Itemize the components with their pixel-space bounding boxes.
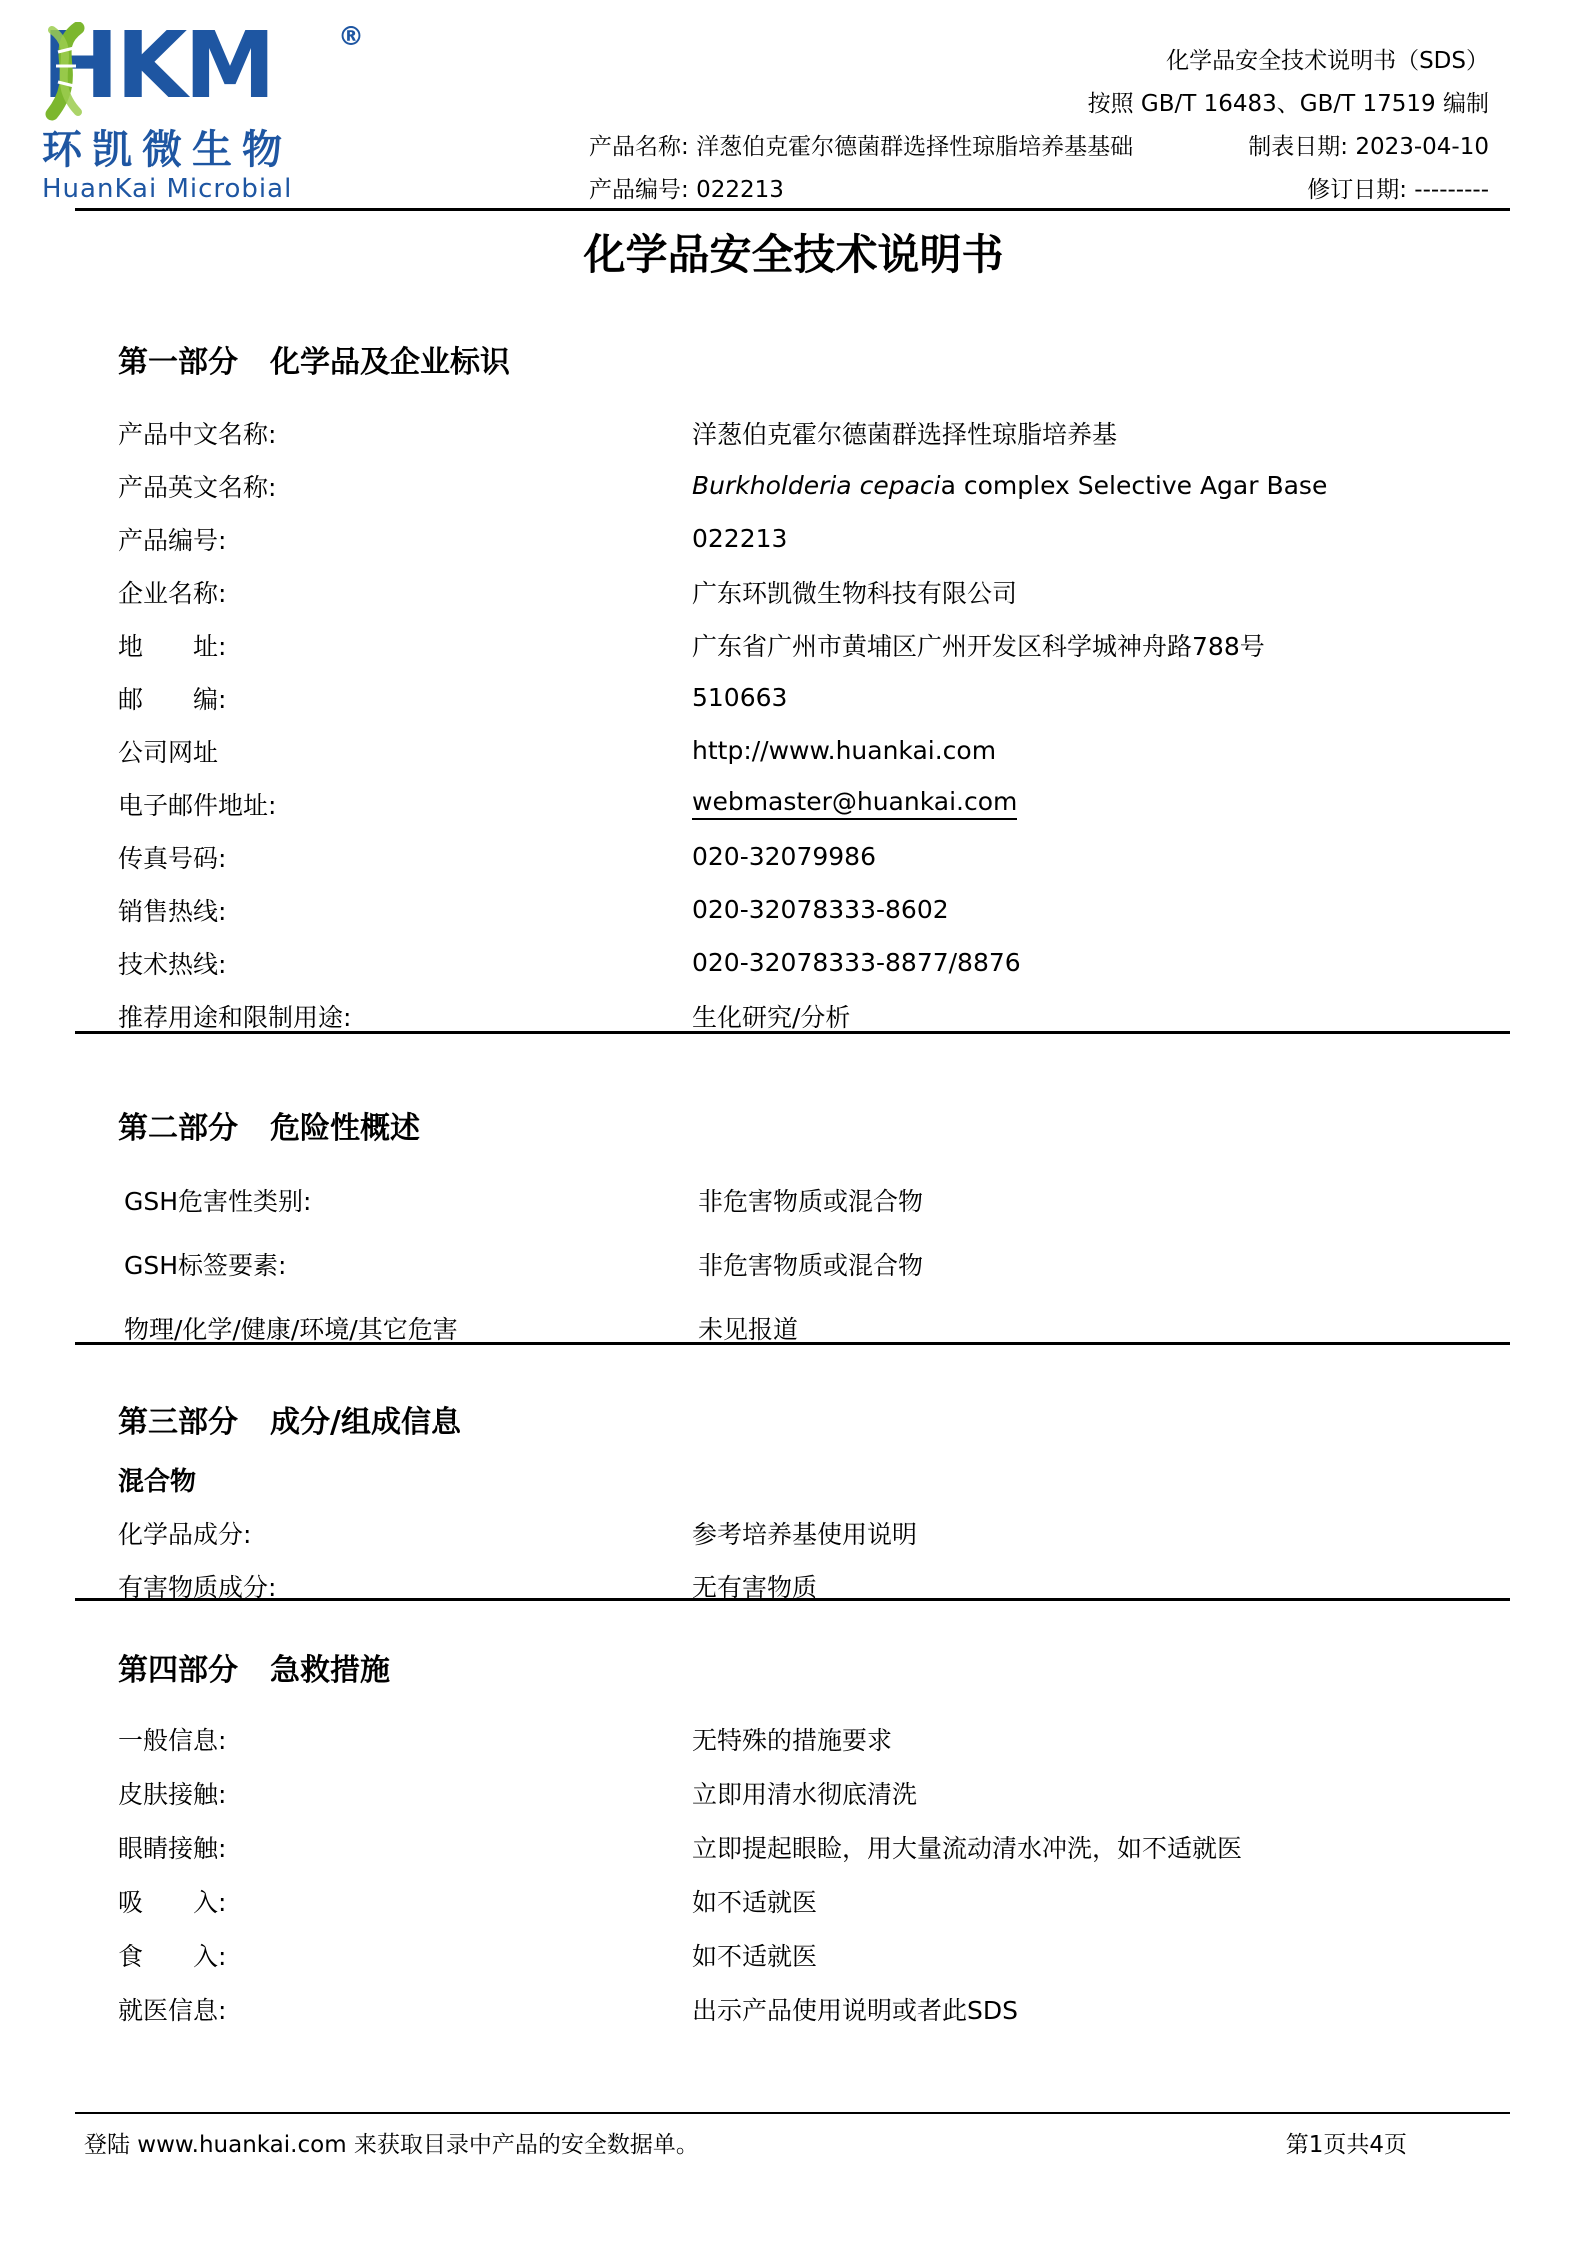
section-title: 危险性概述 [270, 1111, 420, 1146]
sds-document-page: HKM® 环凯微生物 HuanKai Microbial 化学品安全技术说明书（… [0, 0, 1587, 2245]
section-divider [75, 1031, 1510, 1034]
section-subheading: 混合物 [75, 1452, 1510, 1506]
section-rows: 产品中文名称:洋葱伯克霍尔德菌群选择性琼脂培养基产品英文名称:Burkholde… [75, 406, 1510, 1042]
section-divider [75, 1342, 1510, 1345]
field-value: 未见报道 [698, 1310, 798, 1346]
field-value: 非危害物质或混合物 [698, 1246, 923, 1282]
field-label: 吸 入: [118, 1883, 692, 1919]
field-label: 企业名称: [118, 574, 692, 610]
field-row: 皮肤接触:立即用清水彻底清洗 [75, 1766, 1510, 1820]
field-label: GSH标签要素: [124, 1246, 698, 1282]
email-link[interactable]: webmaster@huankai.com [692, 787, 1017, 820]
header-divider [75, 208, 1510, 211]
product-name-line: 产品名称: 洋葱伯克霍尔德菌群选择性琼脂培养基基础 制表日期: 2023-04-… [589, 126, 1489, 169]
logo-english-name: HuanKai Microbial [42, 174, 362, 204]
field-value: 立即提起眼睑，用大量流动清水冲洗，如不适就医 [692, 1829, 1242, 1865]
field-label: 产品中文名称: [118, 415, 692, 451]
standard-line: 按照 GB/T 16483、GB/T 17519 编制 [589, 83, 1489, 126]
field-value: 022213 [692, 524, 787, 553]
field-row: 食 入:如不适就医 [75, 1928, 1510, 1982]
field-label: 皮肤接触: [118, 1775, 692, 1811]
field-row: 邮 编:510663 [75, 671, 1510, 724]
field-value-italic: Burkholderia cepaci [692, 471, 941, 500]
section-number: 第四部分 [118, 1653, 238, 1688]
create-date: 制表日期: 2023-04-10 [1248, 126, 1489, 169]
field-label: 一般信息: [118, 1721, 692, 1757]
section-composition-information: 第三部分成分/组成信息 混合物 化学品成分:参考培养基使用说明有害物质成分:无有… [75, 1400, 1510, 1612]
field-value: 非危害物质或混合物 [698, 1182, 923, 1218]
field-row: 企业名称:广东环凯微生物科技有限公司 [75, 565, 1510, 618]
section-hazard-overview: 第二部分危险性概述 GSH危害性类别:非危害物质或混合物GSH标签要素:非危害物… [75, 1106, 1510, 1360]
registered-trademark-icon: ® [338, 22, 364, 52]
section-heading: 第四部分急救措施 [75, 1648, 1510, 1694]
field-row: 一般信息:无特殊的措施要求 [75, 1712, 1510, 1766]
dna-helix-icon [38, 22, 92, 122]
field-label: 产品英文名称: [118, 468, 692, 504]
field-value: Burkholderia cepacia complex Selective A… [692, 471, 1327, 500]
field-value: 510663 [692, 683, 787, 712]
field-value: 洋葱伯克霍尔德菌群选择性琼脂培养基 [692, 415, 1117, 451]
page-title: 化学品安全技术说明书 [0, 222, 1587, 282]
section-title: 化学品及企业标识 [270, 345, 510, 380]
field-value: 参考培养基使用说明 [692, 1515, 917, 1551]
field-row: 产品英文名称:Burkholderia cepacia complex Sele… [75, 459, 1510, 512]
field-value: 生化研究/分析 [692, 998, 850, 1034]
field-row: 吸 入:如不适就医 [75, 1874, 1510, 1928]
logo-chinese-name: 环凯微生物 [42, 128, 362, 172]
revise-date: 修订日期: --------- [1307, 169, 1489, 212]
field-row: GSH标签要素:非危害物质或混合物 [75, 1232, 1510, 1296]
section-heading: 第一部分化学品及企业标识 [75, 340, 1510, 386]
logo-mark: HKM® [42, 16, 362, 126]
page-number: 第1页共4页 [1286, 2126, 1407, 2159]
field-label: 物理/化学/健康/环境/其它危害 [124, 1310, 698, 1346]
field-label: 电子邮件地址: [118, 786, 692, 822]
field-row: 物理/化学/健康/环境/其它危害未见报道 [75, 1296, 1510, 1360]
field-value: 出示产品使用说明或者此SDS [692, 1991, 1018, 2027]
product-name: 产品名称: 洋葱伯克霍尔德菌群选择性琼脂培养基基础 [589, 126, 1133, 169]
section-title: 急救措施 [270, 1653, 390, 1688]
field-label: 食 入: [118, 1937, 692, 1973]
section-number: 第一部分 [118, 345, 238, 380]
section-divider [75, 1598, 1510, 1601]
section-heading: 第二部分危险性概述 [75, 1106, 1510, 1152]
field-label: 公司网址 [118, 733, 692, 769]
field-row: 产品编号:022213 [75, 512, 1510, 565]
field-row: 传真号码:020-32079986 [75, 830, 1510, 883]
field-value: 020-32079986 [692, 842, 876, 871]
document-header-info: 化学品安全技术说明书（SDS） 按照 GB/T 16483、GB/T 17519… [589, 40, 1489, 212]
product-code: 产品编号: 022213 [589, 169, 784, 212]
section-chemical-company-identification: 第一部分化学品及企业标识 产品中文名称:洋葱伯克霍尔德菌群选择性琼脂培养基产品英… [75, 340, 1510, 1042]
field-value: 立即用清水彻底清洗 [692, 1775, 917, 1811]
field-row: 推荐用途和限制用途:生化研究/分析 [75, 989, 1510, 1042]
section-rows: 化学品成分:参考培养基使用说明有害物质成分:无有害物质 [75, 1506, 1510, 1612]
section-number: 第三部分 [118, 1405, 238, 1440]
field-label: GSH危害性类别: [124, 1182, 698, 1218]
field-value-rest: a complex Selective Agar Base [941, 471, 1328, 500]
field-row: 有害物质成分:无有害物质 [75, 1559, 1510, 1612]
doc-type-line: 化学品安全技术说明书（SDS） [589, 40, 1489, 83]
section-rows: 一般信息:无特殊的措施要求皮肤接触:立即用清水彻底清洗眼睛接触:立即提起眼睑，用… [75, 1712, 1510, 2036]
field-row: 销售热线:020-32078333-8602 [75, 883, 1510, 936]
field-row: 产品中文名称:洋葱伯克霍尔德菌群选择性琼脂培养基 [75, 406, 1510, 459]
field-row: 地 址:广东省广州市黄埔区广州开发区科学城神舟路788号 [75, 618, 1510, 671]
section-heading: 第三部分成分/组成信息 [75, 1400, 1510, 1446]
field-value: 如不适就医 [692, 1883, 817, 1919]
field-label: 就医信息: [118, 1991, 692, 2027]
field-row: 电子邮件地址:webmaster@huankai.com [75, 777, 1510, 830]
field-label: 化学品成分: [118, 1515, 692, 1551]
section-title: 成分/组成信息 [270, 1405, 461, 1440]
field-row: 眼睛接触:立即提起眼睑，用大量流动清水冲洗，如不适就医 [75, 1820, 1510, 1874]
field-row: 公司网址http://www.huankai.com [75, 724, 1510, 777]
section-rows: GSH危害性类别:非危害物质或混合物GSH标签要素:非危害物质或混合物物理/化学… [75, 1168, 1510, 1360]
field-label: 邮 编: [118, 680, 692, 716]
footer-divider [75, 2112, 1510, 2114]
field-row: 化学品成分:参考培养基使用说明 [75, 1506, 1510, 1559]
field-value: 广东省广州市黄埔区广州开发区科学城神舟路788号 [692, 627, 1265, 663]
section-first-aid-measures: 第四部分急救措施 一般信息:无特殊的措施要求皮肤接触:立即用清水彻底清洗眼睛接触… [75, 1648, 1510, 2036]
field-value: 020-32078333-8602 [692, 895, 949, 924]
section-number: 第二部分 [118, 1111, 238, 1146]
field-label: 技术热线: [118, 945, 692, 981]
product-code-line: 产品编号: 022213 修订日期: --------- [589, 169, 1489, 212]
field-label: 产品编号: [118, 521, 692, 557]
field-value: 020-32078333-8877/8876 [692, 948, 1021, 977]
field-label: 眼睛接触: [118, 1829, 692, 1865]
field-value: 如不适就医 [692, 1937, 817, 1973]
footer-note: 登陆 www.huankai.com 来获取目录中产品的安全数据单。 [84, 2126, 699, 2159]
field-label: 地 址: [118, 627, 692, 663]
field-label: 销售热线: [118, 892, 692, 928]
company-logo: HKM® 环凯微生物 HuanKai Microbial [42, 16, 362, 204]
field-label: 推荐用途和限制用途: [118, 998, 692, 1034]
field-row: 就医信息:出示产品使用说明或者此SDS [75, 1982, 1510, 2036]
field-label: 传真号码: [118, 839, 692, 875]
field-row: 技术热线:020-32078333-8877/8876 [75, 936, 1510, 989]
field-value: 广东环凯微生物科技有限公司 [692, 574, 1017, 610]
field-row: GSH危害性类别:非危害物质或混合物 [75, 1168, 1510, 1232]
field-value: 无特殊的措施要求 [692, 1721, 892, 1757]
field-value: http://www.huankai.com [692, 736, 996, 765]
